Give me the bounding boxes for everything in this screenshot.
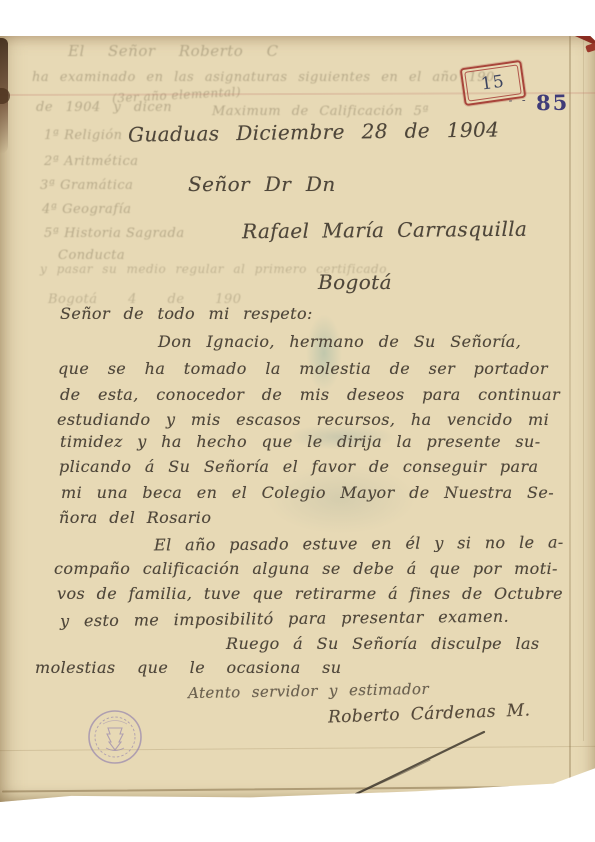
archival-stamp-box: 15 - -: [460, 60, 527, 106]
recipient-name: Rafael María Carrasquilla: [242, 217, 528, 243]
letter-body-line: El año pasado estuve en él y si no le a-: [154, 533, 564, 555]
ghost-line: El Señor Roberto C: [68, 42, 279, 60]
letter-body-line: vos de familia, tuve que retirarme á fin…: [57, 584, 563, 603]
letter-greeting: Señor de todo mi respeto:: [60, 304, 313, 323]
letter-body-line: de esta, conocedor de mis deseos para co…: [60, 385, 560, 404]
ghost-line: 4ª Geografía: [42, 202, 132, 217]
letter-body-line: Don Ignacio, hermano de Su Señoría,: [158, 332, 521, 351]
letter-body-line: plicando á Su Señoría el favor de conseg…: [59, 457, 538, 476]
ghost-line: Maximum de Calificación 5ª: [212, 104, 429, 119]
ghost-line: ha examinado en las asignaturas siguient…: [32, 70, 495, 85]
ghost-line: 2ª Aritmética: [44, 154, 139, 169]
bleedthrough-seal-smudge: [306, 314, 342, 392]
vertical-fold-line: [583, 36, 584, 741]
letter-body-line: Ruego á Su Señoría disculpe las: [226, 634, 540, 653]
vertical-fold-line: [569, 36, 571, 802]
letter-body-line: ñora del Rosario: [59, 508, 211, 527]
signature-flourish: [350, 730, 490, 800]
recipient-title: Señor Dr Dn: [188, 172, 336, 196]
letter-body-line: que se ha tomado la molestia de ser port…: [58, 359, 548, 378]
stamp-dashes: - -: [508, 93, 528, 107]
letter-body-line: compaño calificación alguna se debe á qu…: [54, 559, 558, 578]
letter-body-line: molestias que le ocasiona su: [35, 658, 342, 677]
letter-body-line: mi una beca en el Colegio Mayor de Nuest…: [61, 483, 554, 502]
ghost-line: 1ª Religión: [44, 128, 123, 143]
stamp-box-number: 15: [480, 71, 506, 94]
folio-number: 85: [536, 90, 570, 116]
recipient-city: Bogotá: [318, 270, 392, 294]
ghost-line: 5ª Historia Sagrada: [44, 226, 185, 241]
ghost-line: Conducta: [58, 248, 125, 263]
scanned-letter-sheet: El Señor Roberto C ha examinado en las a…: [0, 36, 595, 802]
letter-body-line: timidez y ha hecho que le dirija la pres…: [60, 432, 541, 451]
notary-seal-icon: [86, 708, 144, 766]
ghost-line: 3ª Gramática: [40, 178, 133, 193]
ghost-line: de 1904 y dicen: [36, 100, 172, 115]
letter-body-line: estudiando y mis escasos recursos, ha ve…: [57, 410, 549, 429]
